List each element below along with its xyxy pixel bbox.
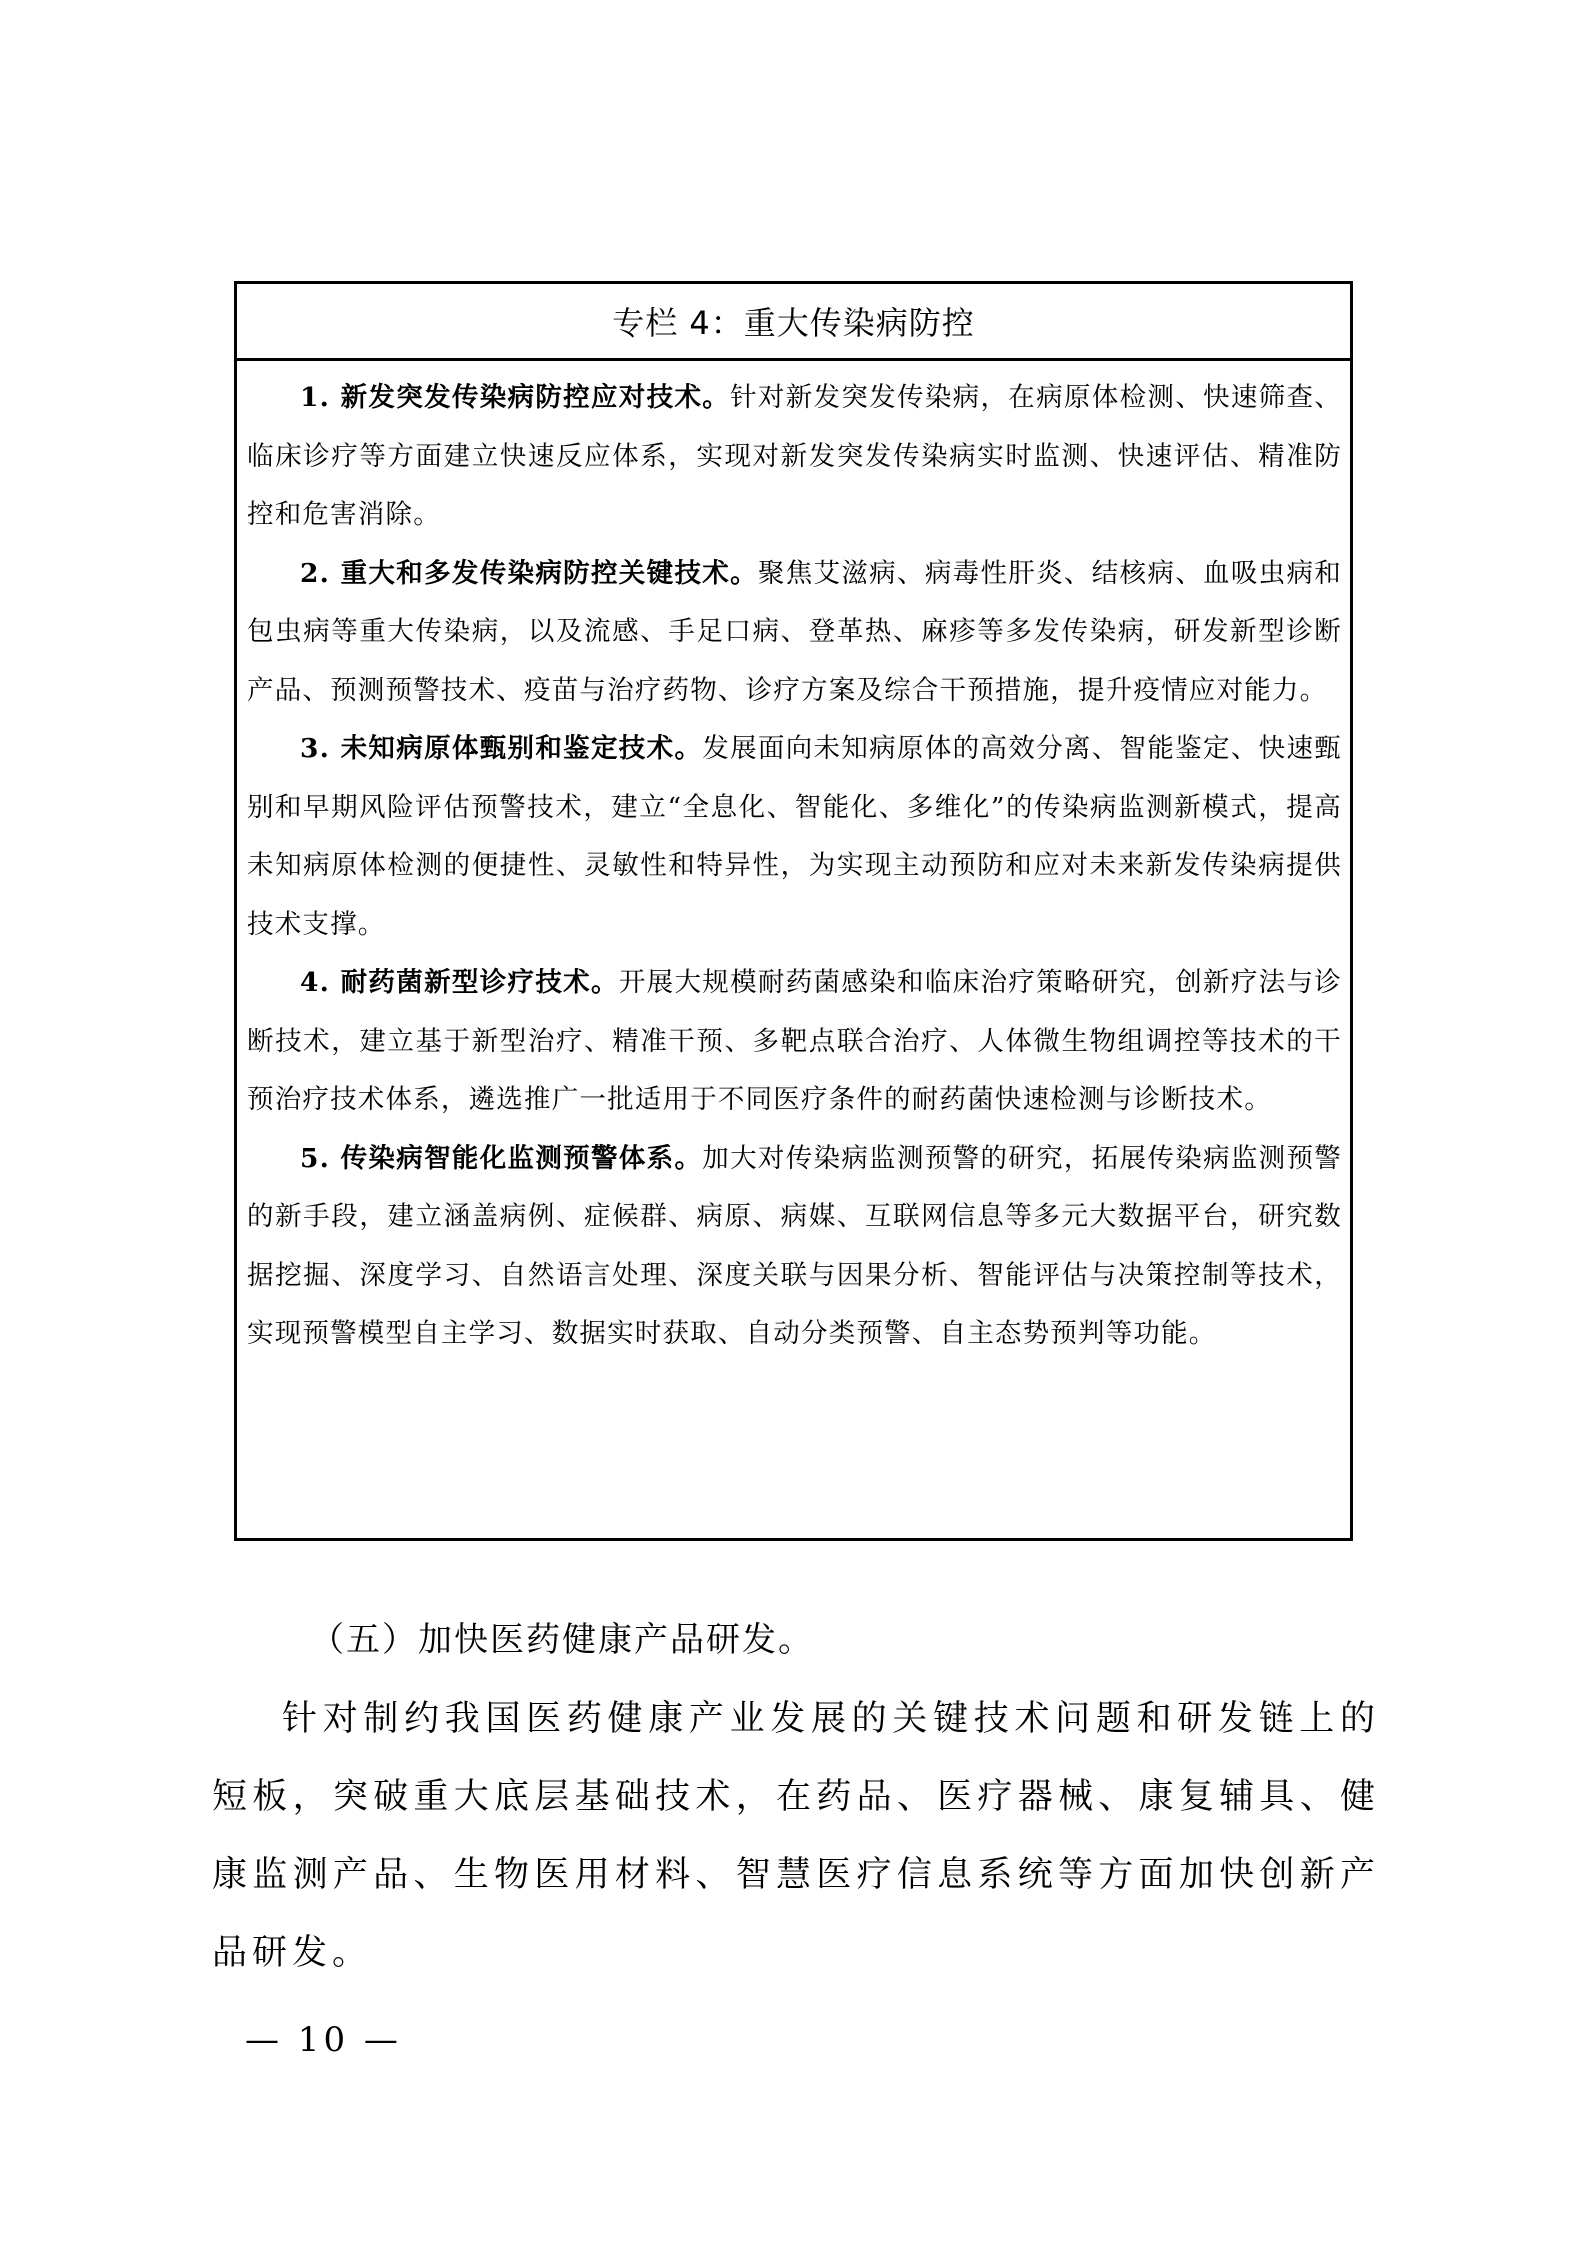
box-item-4: 4. 耐药菌新型诊疗技术。开展大规模耐药菌感染和临床治疗策略研究，创新疗法与诊断…: [247, 954, 1342, 1130]
item-heading: 4. 耐药菌新型诊疗技术。: [300, 967, 619, 998]
special-column-box: 专栏 4：重大传染病防控 1. 新发突发传染病防控应对技术。针对新发突发传染病，…: [234, 281, 1353, 1541]
item-heading: 5. 传染病智能化监测预警体系。: [300, 1143, 702, 1174]
box-body: 1. 新发突发传染病防控应对技术。针对新发突发传染病，在病原体检测、快速筛查、临…: [237, 361, 1350, 1364]
section-heading: （五）加快医药健康产品研发。: [310, 1610, 814, 1670]
box-title: 专栏 4：重大传染病防控: [237, 284, 1350, 361]
box-item-5: 5. 传染病智能化监测预警体系。加大对传染病监测预警的研究，拓展传染病监测预警的…: [247, 1130, 1342, 1364]
body-paragraph: 针对制约我国医药健康产业发展的关键技术问题和研发链上的短板，突破重大底层基础技术…: [212, 1680, 1380, 1992]
box-item-3: 3. 未知病原体甄别和鉴定技术。发展面向未知病原体的高效分离、智能鉴定、快速甄别…: [247, 720, 1342, 954]
item-heading: 3. 未知病原体甄别和鉴定技术。: [300, 733, 702, 764]
item-heading: 1. 新发突发传染病防控应对技术。: [300, 382, 730, 413]
box-item-2: 2. 重大和多发传染病防控关键技术。聚焦艾滋病、病毒性肝炎、结核病、血吸虫病和包…: [247, 545, 1342, 721]
box-item-1: 1. 新发突发传染病防控应对技术。针对新发突发传染病，在病原体检测、快速筛查、临…: [247, 369, 1342, 545]
page-number: — 10 —: [245, 2020, 402, 2060]
item-heading: 2. 重大和多发传染病防控关键技术。: [300, 558, 758, 589]
